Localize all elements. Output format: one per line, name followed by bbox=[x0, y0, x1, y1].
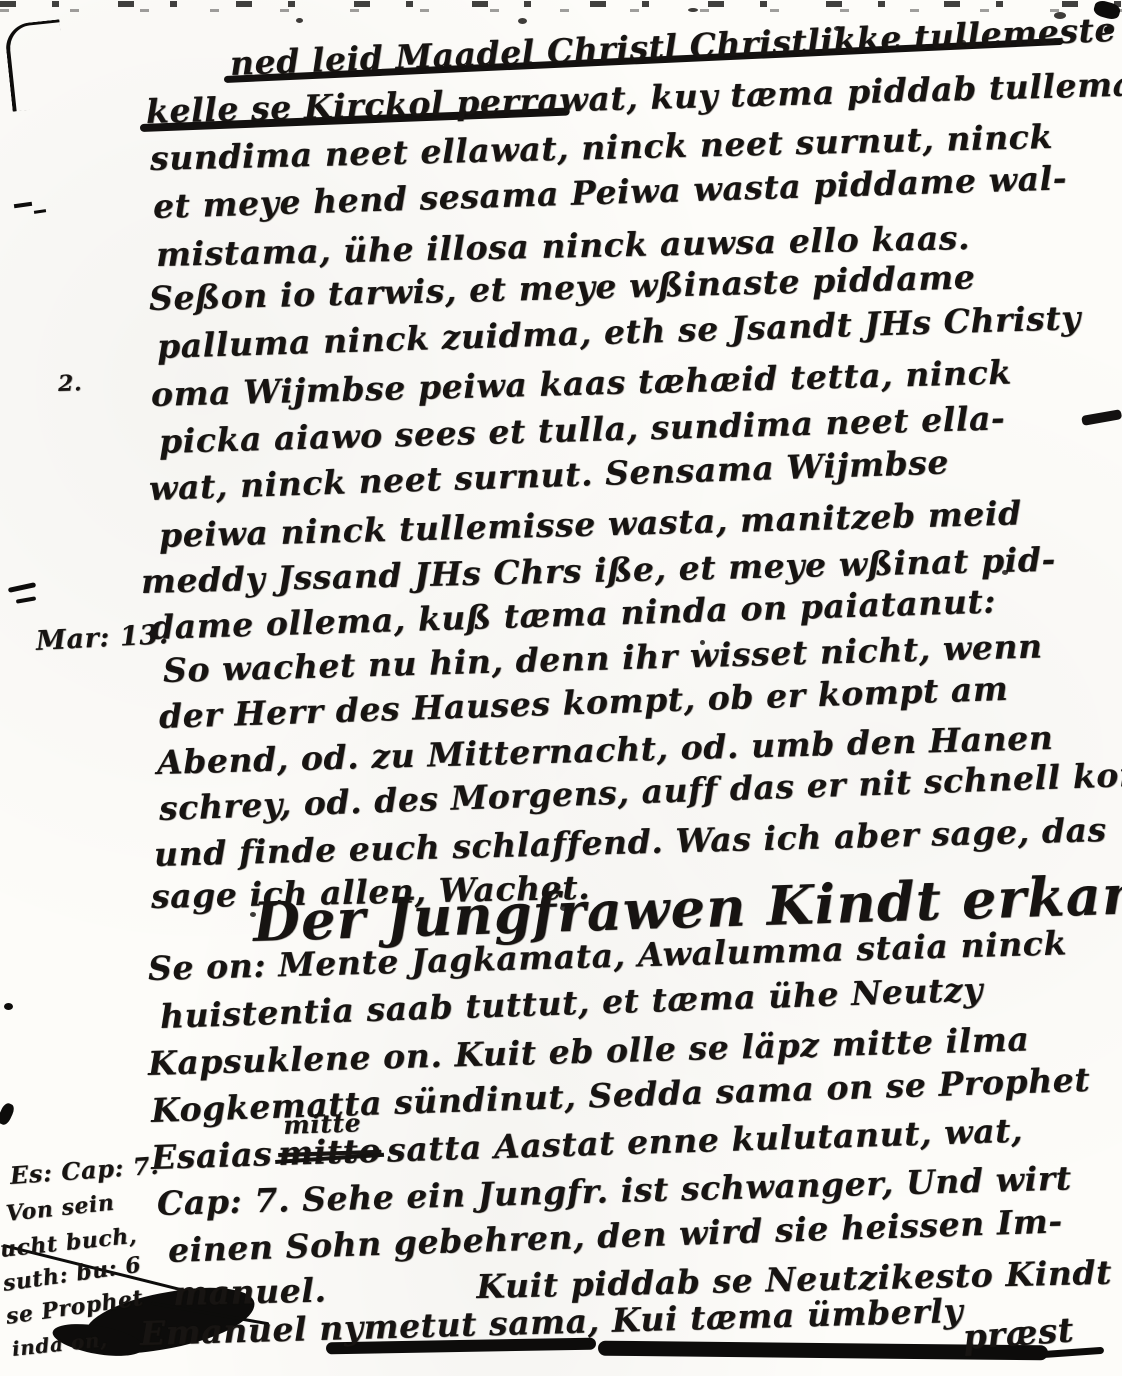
manuscript-page: 2. Mar: 13. Es: Cap: 7. Von sein ucht bu… bbox=[0, 0, 1122, 1376]
scan-edge-top bbox=[0, 1, 1122, 7]
line-gap bbox=[327, 1298, 477, 1301]
ink-speck bbox=[518, 18, 527, 24]
margin-chapter-note: Es: Cap: 7. bbox=[9, 1153, 160, 1190]
margin-note-mar13: Mar: 13. bbox=[35, 620, 169, 657]
ink-speck bbox=[688, 8, 698, 12]
scan-edge-top-faint bbox=[0, 9, 1122, 12]
margin-squiggle bbox=[16, 596, 36, 603]
inserted-word: mitte bbox=[283, 1109, 362, 1139]
margin-mark: 2. bbox=[58, 371, 83, 396]
corrected-word: mittomitte bbox=[278, 1133, 382, 1173]
margin-dash bbox=[34, 209, 46, 214]
line-segment: satta Aastat enne kulutanut, wat, bbox=[386, 1111, 1023, 1170]
margin-squiggle bbox=[8, 582, 36, 593]
margin-chapter-note: inda on, bbox=[11, 1328, 108, 1360]
ink-speck bbox=[4, 1003, 13, 1010]
ink-speck bbox=[296, 18, 303, 23]
margin-dash bbox=[14, 202, 32, 208]
line-segment: manuel. bbox=[173, 1271, 327, 1313]
page-corner-crease bbox=[4, 19, 69, 111]
line-segment: Esaias bbox=[150, 1134, 272, 1177]
scan-edge-mark bbox=[0, 1101, 16, 1126]
catchword: præst bbox=[962, 1312, 1076, 1357]
margin-chapter-note: Von sein bbox=[5, 1191, 116, 1226]
line-end-dash bbox=[1081, 409, 1122, 426]
